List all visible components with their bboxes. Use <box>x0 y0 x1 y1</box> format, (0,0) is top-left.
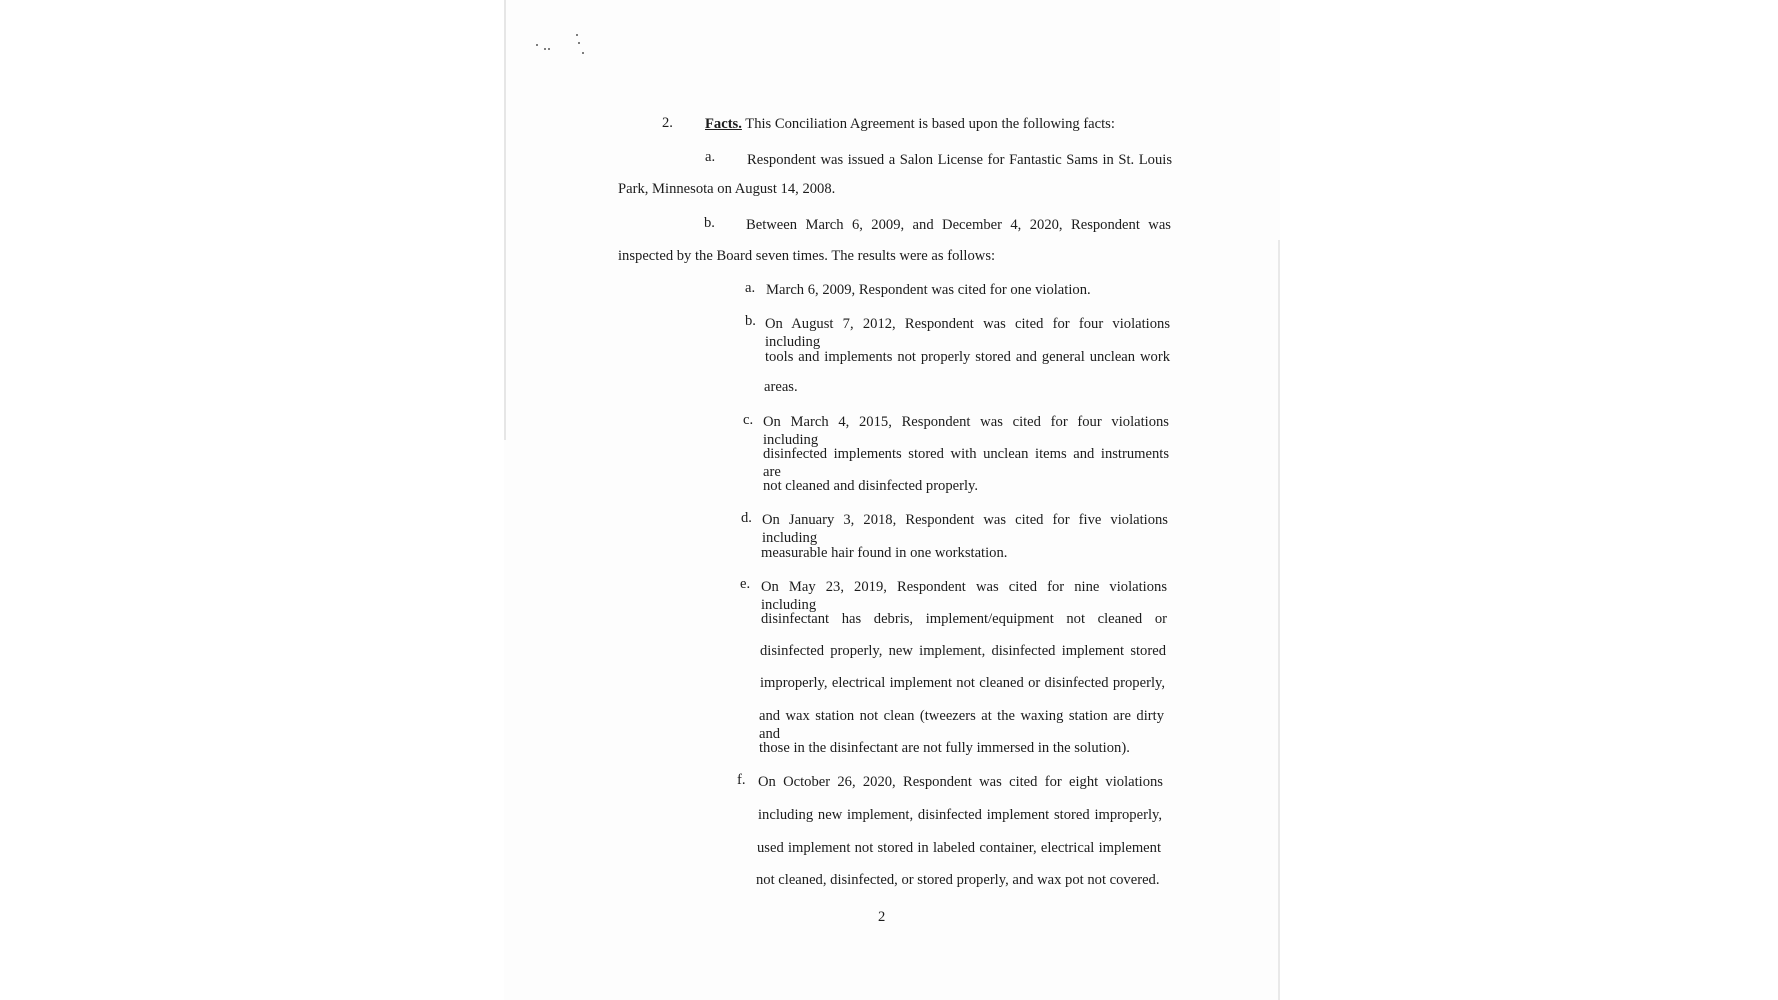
page-left-edge <box>504 0 506 440</box>
inspection-e-line-2: disinfectant has debris, implement/equip… <box>761 610 1167 628</box>
fact-b-line-1: Between March 6, 2009, and December 4, 2… <box>746 216 1171 234</box>
inspection-c-label: c. <box>743 411 753 429</box>
inspection-b-line-1: On August 7, 2012, Respondent was cited … <box>765 315 1170 351</box>
inspection-d-line-1: On January 3, 2018, Respondent was cited… <box>762 511 1168 547</box>
inspection-f-label: f. <box>737 771 746 789</box>
fact-a-label: a. <box>705 148 715 166</box>
inspection-c-line-2: disinfected implements stored with uncle… <box>763 445 1169 481</box>
fact-b-line-2: inspected by the Board seven times. The … <box>618 247 995 265</box>
inspection-c-line-3: not cleaned and disinfected properly. <box>763 477 978 495</box>
inspection-b-line-3: areas. <box>764 378 798 396</box>
inspection-f-line-1: On October 26, 2020, Respondent was cite… <box>758 773 1163 791</box>
inspection-d-line-2: measurable hair found in one workstation… <box>761 544 1007 562</box>
inspection-f-line-3: used implement not stored in labeled con… <box>757 839 1161 857</box>
inspection-e-line-1: On May 23, 2019, Respondent was cited fo… <box>761 578 1167 614</box>
inspection-e-line-4: improperly, electrical implement not cle… <box>760 674 1165 692</box>
scan-speckle-marks <box>536 30 596 60</box>
inspection-e-line-6: those in the disinfectant are not fully … <box>759 739 1130 757</box>
inspection-d-label: d. <box>741 509 752 527</box>
section-intro: This Conciliation Agreement is based upo… <box>745 116 1115 132</box>
section-heading-line: Facts. This Conciliation Agreement is ba… <box>705 115 1115 133</box>
page-number: 2 <box>878 909 885 926</box>
inspection-a-line-1: March 6, 2009, Respondent was cited for … <box>766 281 1091 299</box>
fact-a-line-1: Respondent was issued a Salon License fo… <box>747 151 1172 169</box>
inspection-f-line-2: including new implement, disinfected imp… <box>758 806 1162 824</box>
fact-b-label: b. <box>704 214 715 232</box>
section-number: 2. <box>662 114 673 132</box>
inspection-f-line-4: not cleaned, disinfected, or stored prop… <box>756 871 1160 889</box>
inspection-e-label: e. <box>740 575 750 593</box>
inspection-b-label: b. <box>745 312 756 330</box>
inspection-c-line-1: On March 4, 2015, Respondent was cited f… <box>763 413 1169 449</box>
section-heading: Facts. <box>705 116 742 132</box>
inspection-e-line-3: disinfected properly, new implement, dis… <box>760 642 1166 660</box>
inspection-e-line-5: and wax station not clean (tweezers at t… <box>759 707 1164 743</box>
inspection-b-line-2: tools and implements not properly stored… <box>765 348 1170 366</box>
inspection-a-label: a. <box>745 279 755 297</box>
fact-a-line-2: Park, Minnesota on August 14, 2008. <box>618 180 835 198</box>
page-right-edge <box>1278 240 1280 1000</box>
